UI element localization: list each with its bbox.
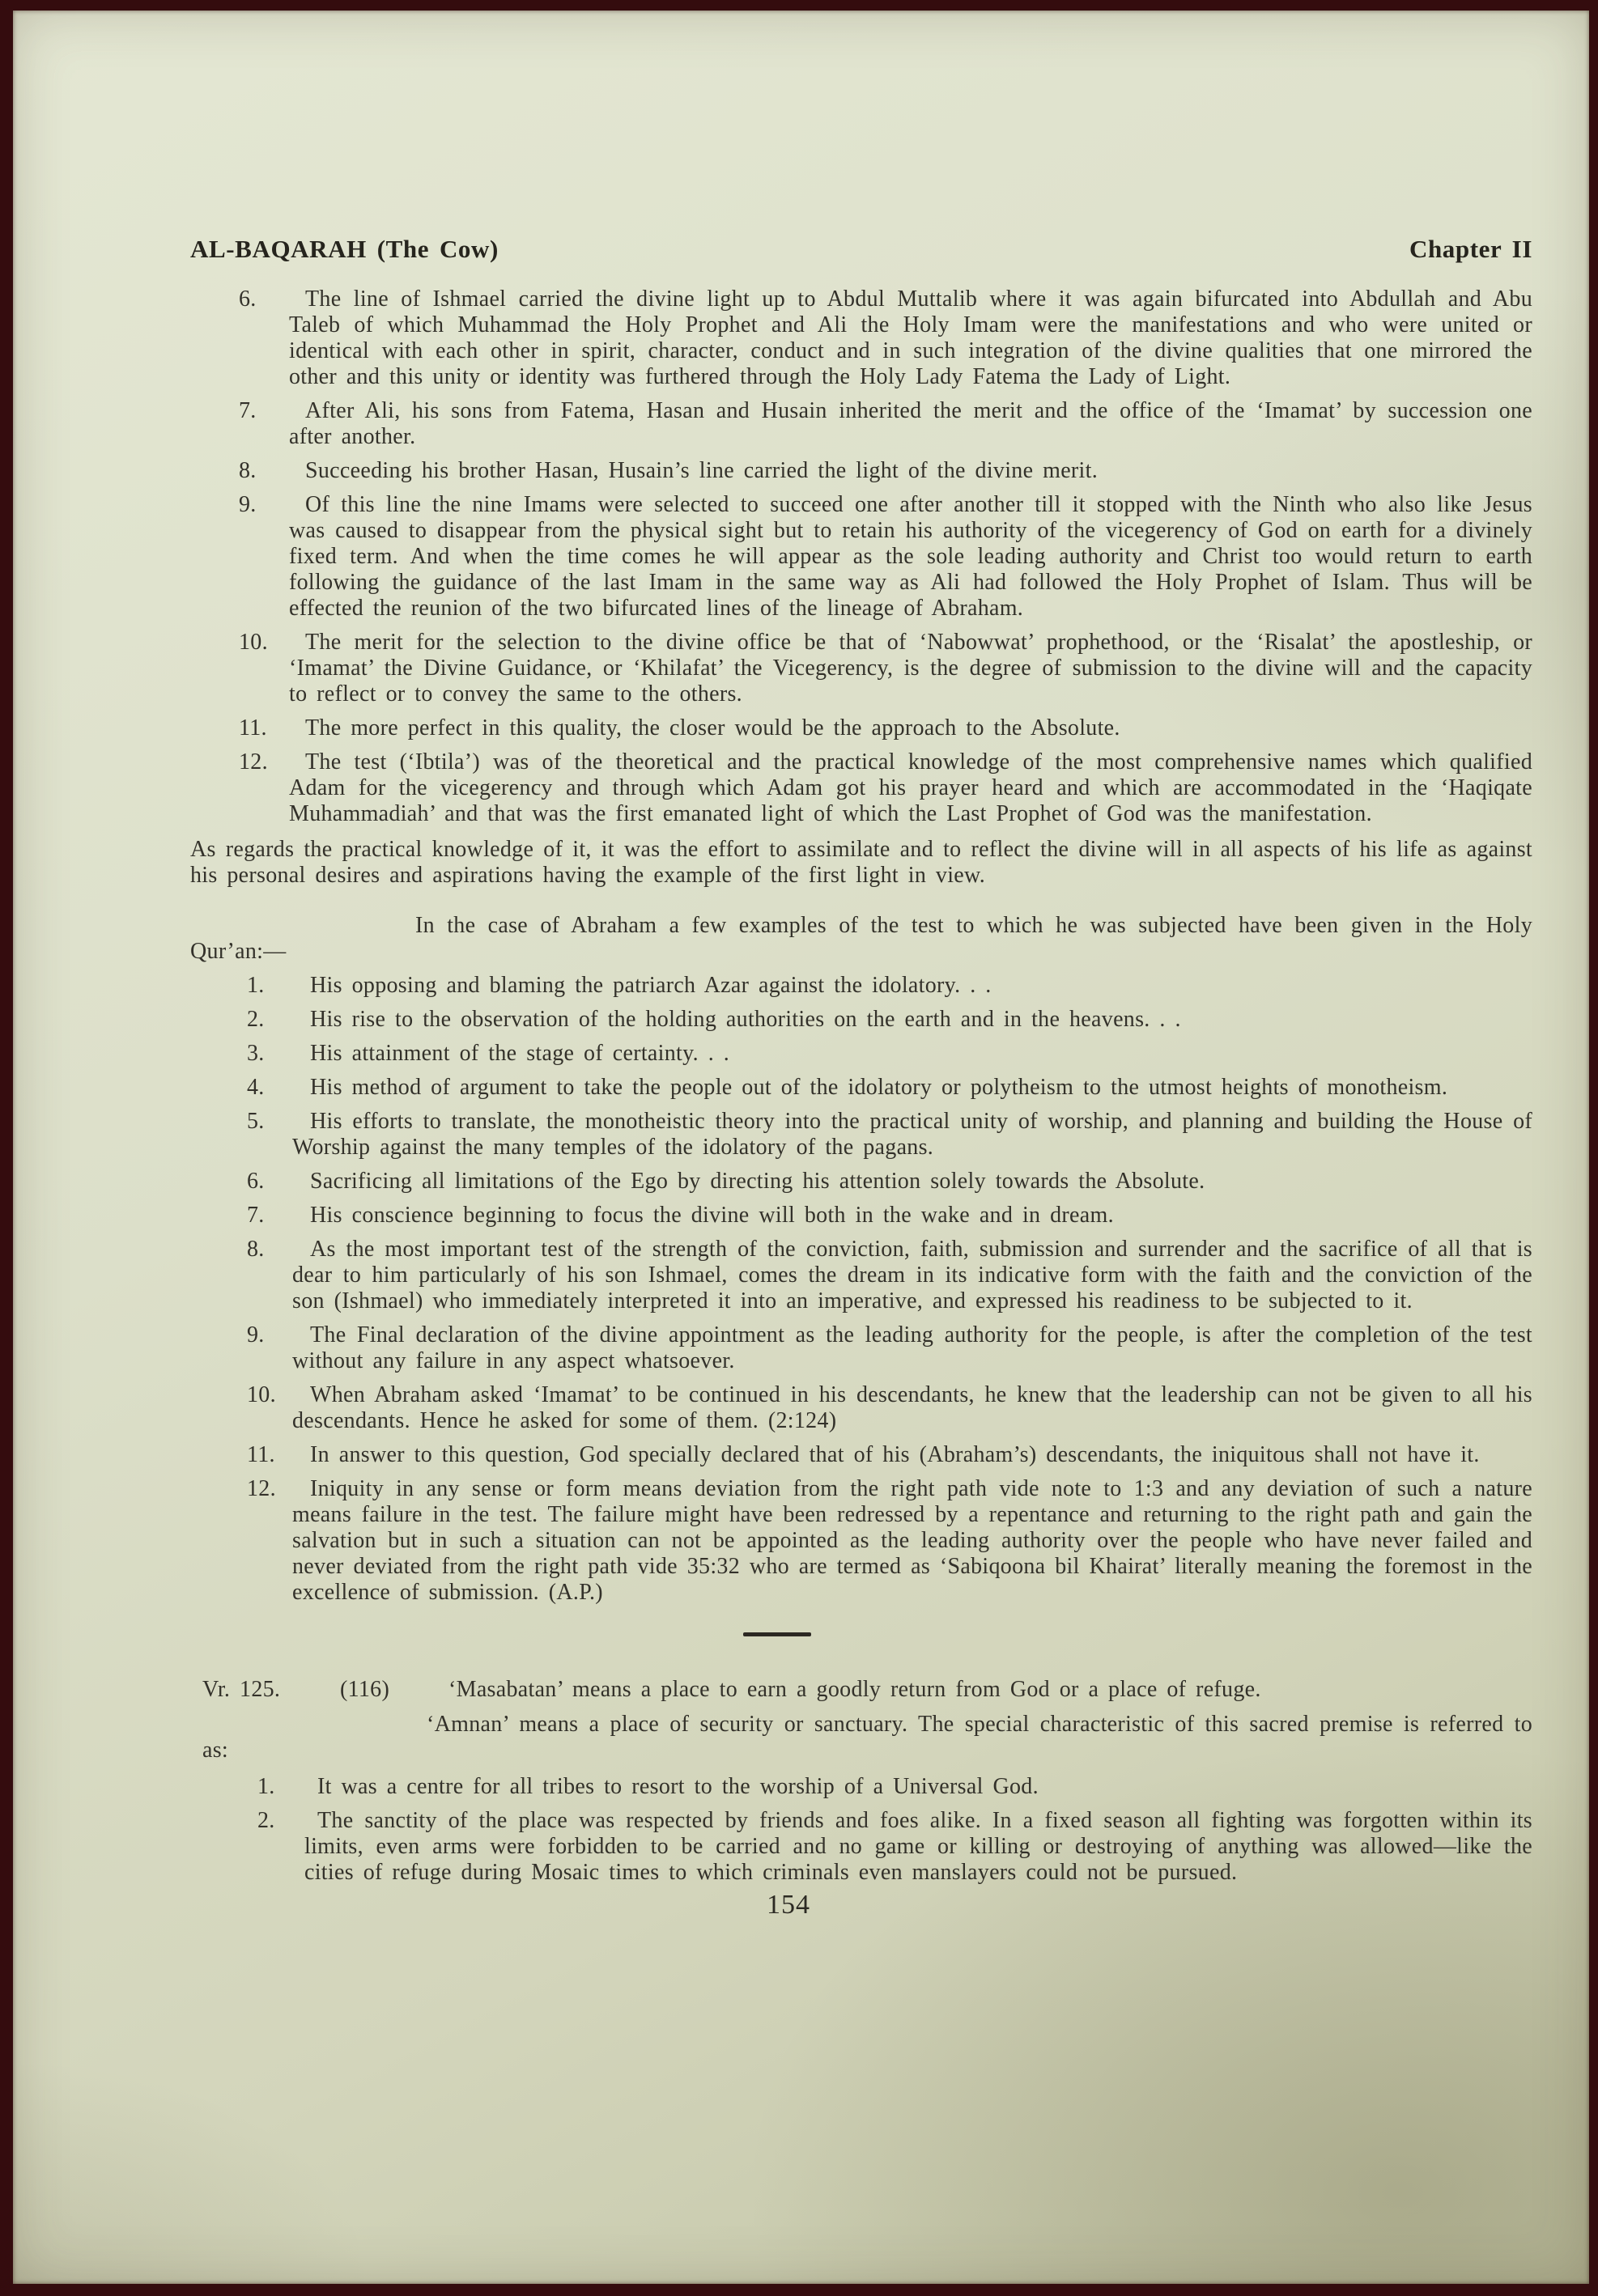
note-text: The merit for the selection to the divin…: [289, 630, 1532, 707]
sanctuary-item-text: The sanctity of the place was respected …: [304, 1808, 1532, 1885]
example-number: 9.: [247, 1322, 265, 1348]
example-text: His method of argument to take the peopl…: [310, 1075, 1447, 1100]
note-number: 10.: [239, 630, 268, 656]
example-item: 9.The Final declaration of the divine ap…: [190, 1322, 1532, 1374]
note-item: 11.The more perfect in this quality, the…: [190, 715, 1532, 741]
page-content: AL-BAQARAH (The Cow) Chapter II 6.The li…: [190, 11, 1532, 1918]
note-item: 12.The test (‘Ibtila’) was of the theore…: [190, 749, 1532, 827]
sanctuary-item-number: 2.: [257, 1808, 275, 1834]
example-text: His conscience beginning to focus the di…: [310, 1203, 1114, 1228]
note-item: 9.Of this line the nine Imams were selec…: [190, 492, 1532, 622]
example-item: 12.Iniquity in any sense or form means d…: [190, 1476, 1532, 1606]
sanctuary-item: 1.It was a centre for all tribes to reso…: [202, 1774, 1532, 1800]
example-text: Sacrificing all limitations of the Ego b…: [310, 1169, 1205, 1194]
verse-row: Vr. 125. (116) ‘Masabatan’ means a place…: [202, 1677, 1532, 1703]
example-number: 12.: [247, 1476, 276, 1502]
note-number: 7.: [239, 398, 257, 424]
example-number: 5.: [247, 1109, 265, 1135]
example-number: 3.: [247, 1041, 265, 1067]
example-text: His rise to the observation of the holdi…: [310, 1007, 1181, 1032]
note-number: 9.: [239, 492, 257, 518]
example-text: His efforts to translate, the monotheist…: [292, 1109, 1532, 1160]
page-header: AL-BAQARAH (The Cow) Chapter II: [190, 236, 1532, 262]
example-text: In answer to this question, God speciall…: [310, 1442, 1480, 1467]
note-text: After Ali, his sons from Fatema, Hasan a…: [289, 398, 1532, 449]
note-text: Succeeding his brother Hasan, Husain’s l…: [305, 458, 1098, 483]
note-item: 8.Succeeding his brother Hasan, Husain’s…: [190, 458, 1532, 484]
example-number: 6.: [247, 1169, 265, 1195]
sanctuary-item-number: 1.: [257, 1774, 275, 1800]
note-number: 8.: [239, 458, 257, 484]
verse-note-number: (116): [340, 1677, 448, 1703]
note-number: 11.: [239, 715, 267, 741]
example-number: 10.: [247, 1382, 276, 1408]
example-item: 5.His efforts to translate, the monothei…: [190, 1109, 1532, 1161]
example-item: 11.In answer to this question, God speci…: [190, 1442, 1532, 1468]
example-item: 10.When Abraham asked ‘Imamat’ to be con…: [190, 1382, 1532, 1434]
note-item: 7.After Ali, his sons from Fatema, Hasan…: [190, 398, 1532, 450]
sanctuary-items-list: 1.It was a centre for all tribes to reso…: [202, 1774, 1532, 1886]
note-number: 6.: [239, 286, 257, 312]
section-divider: [743, 1632, 811, 1636]
note-text: The line of Ishmael carried the divine l…: [289, 286, 1532, 389]
example-text: The Final declaration of the divine appo…: [292, 1322, 1532, 1373]
example-text: When Abraham asked ‘Imamat’ to be contin…: [292, 1382, 1532, 1433]
example-text: His attainment of the stage of certainty…: [310, 1041, 729, 1066]
example-item: 1.His opposing and blaming the patriarch…: [190, 973, 1532, 999]
commentary-notes-list: 6.The line of Ishmael carried the divine…: [190, 286, 1532, 827]
abraham-examples-list: 1.His opposing and blaming the patriarch…: [190, 973, 1532, 1606]
surah-title: AL-BAQARAH (The Cow): [190, 236, 499, 262]
masabatan-text: ‘Masabatan’ means a place to earn a good…: [448, 1677, 1532, 1703]
example-item: 8.As the most important test of the stre…: [190, 1237, 1532, 1314]
paragraph-as-regards: As regards the practical knowledge of it…: [190, 837, 1532, 889]
sanctuary-item-text: It was a centre for all tribes to resort…: [317, 1774, 1039, 1799]
example-item: 6.Sacrificing all limitations of the Ego…: [190, 1169, 1532, 1195]
note-text: The more perfect in this quality, the cl…: [305, 715, 1120, 741]
example-text: As the most important test of the streng…: [292, 1237, 1532, 1314]
example-item: 7.His conscience beginning to focus the …: [190, 1203, 1532, 1229]
note-text: The test (‘Ibtila’) was of the theoretic…: [289, 749, 1532, 826]
sanctuary-item: 2.The sanctity of the place was respecte…: [202, 1808, 1532, 1886]
example-number: 2.: [247, 1007, 265, 1033]
example-text: Iniquity in any sense or form means devi…: [292, 1476, 1532, 1605]
paragraph-abraham-intro: In the case of Abraham a few examples of…: [190, 913, 1532, 965]
page-number: 154: [117, 1892, 1460, 1918]
example-number: 1.: [247, 973, 265, 999]
verse-label: Vr. 125.: [202, 1677, 340, 1703]
book-page: AL-BAQARAH (The Cow) Chapter II 6.The li…: [13, 11, 1589, 2284]
example-item: 2.His rise to the observation of the hol…: [190, 1007, 1532, 1033]
amnan-paragraph: ‘Amnan’ means a place of security or san…: [202, 1712, 1532, 1763]
example-number: 4.: [247, 1075, 265, 1101]
note-number: 12.: [239, 749, 268, 775]
chapter-label: Chapter II: [1409, 236, 1532, 262]
verse-125-section: Vr. 125. (116) ‘Masabatan’ means a place…: [202, 1677, 1532, 1886]
example-number: 7.: [247, 1203, 265, 1229]
example-text: His opposing and blaming the patriarch A…: [310, 973, 992, 998]
example-item: 3.His attainment of the stage of certain…: [190, 1041, 1532, 1067]
note-text: Of this line the nine Imams were selecte…: [289, 492, 1532, 621]
example-item: 4.His method of argument to take the peo…: [190, 1075, 1532, 1101]
example-number: 8.: [247, 1237, 265, 1263]
note-item: 6.The line of Ishmael carried the divine…: [190, 286, 1532, 390]
note-item: 10.The merit for the selection to the di…: [190, 630, 1532, 707]
example-number: 11.: [247, 1442, 275, 1468]
